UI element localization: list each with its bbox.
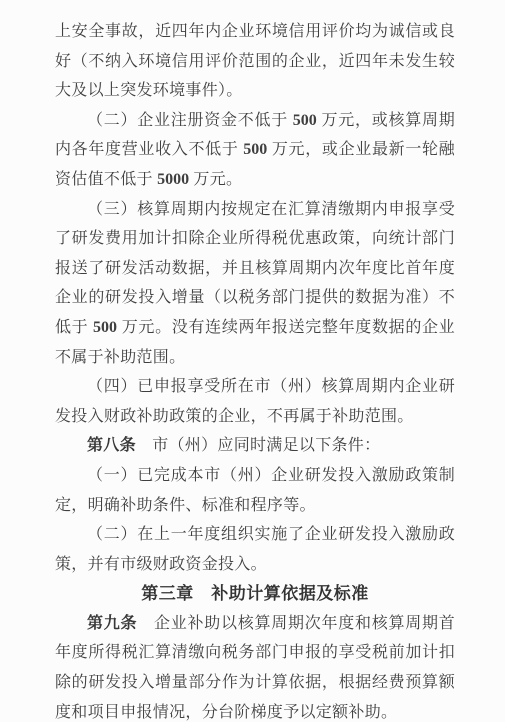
numeric-value: 500 [243, 141, 267, 158]
numeric-value: 5000 [157, 171, 189, 188]
text-run: 万元。 [189, 171, 242, 188]
text-run: 市（州）应同时满足以下条件： [136, 437, 381, 454]
paragraph-continuation: 上安全事故，近四年内企业环境信用评价均为诚信或良好（不纳入环境信用评价范围的企业… [55, 17, 455, 106]
paragraph: （一）已完成本市（州）企业研发投入激励政策制定，明确补助条件、标准和程序等。 [55, 461, 455, 520]
document-body: 上安全事故，近四年内企业环境信用评价均为诚信或良好（不纳入环境信用评价范围的企业… [55, 17, 455, 722]
article-number-lead: 第八条 [87, 437, 136, 454]
text-run: （四）已申报享受所在市（州）核算周期内企业研发投入财政补助政策的企业，不再属于补… [55, 378, 455, 425]
document-page: 上安全事故，近四年内企业环境信用评价均为诚信或良好（不纳入环境信用评价范围的企业… [0, 0, 505, 722]
text-run: （二）企业注册资金不低于 [87, 112, 293, 129]
text-run: （二）在上一年度组织实施了企业研发投入激励政策，并有市级财政资金投入。 [55, 526, 455, 573]
article-number-lead: 第九条 [87, 615, 137, 632]
text-run: （一）已完成本市（州）企业研发投入激励政策制定，明确补助条件、标准和程序等。 [55, 467, 455, 514]
text-run: 上安全事故，近四年内企业环境信用评价均为诚信或良好（不纳入环境信用评价范围的企业… [55, 23, 455, 99]
chapter-heading: 第三章 补助计算依据及标准 [55, 579, 455, 609]
paragraph: 第九条 企业补助以核算周期次年度和核算周期首年度所得税汇算清缴向税务部门申报的享… [55, 609, 455, 722]
numeric-value: 500 [93, 319, 117, 336]
paragraph: （四）已申报享受所在市（州）核算周期内企业研发投入财政补助政策的企业，不再属于补… [55, 372, 455, 431]
paragraph: （二）在上一年度组织实施了企业研发投入激励政策，并有市级财政资金投入。 [55, 520, 455, 579]
numeric-value: 500 [293, 112, 317, 129]
text-run: （三）核算周期内按规定在汇算清缴期内申报享受了研发费用加计扣除企业所得税优惠政策… [55, 201, 455, 336]
paragraph: （三）核算周期内按规定在汇算清缴期内申报享受了研发费用加计扣除企业所得税优惠政策… [55, 195, 455, 373]
text-run: 第三章 补助计算依据及标准 [141, 584, 369, 603]
paragraph: （二）企业注册资金不低于 500 万元，或核算周期内各年度营业收入不低于 500… [55, 106, 455, 195]
paragraph: 第八条 市（州）应同时满足以下条件： [55, 431, 455, 461]
